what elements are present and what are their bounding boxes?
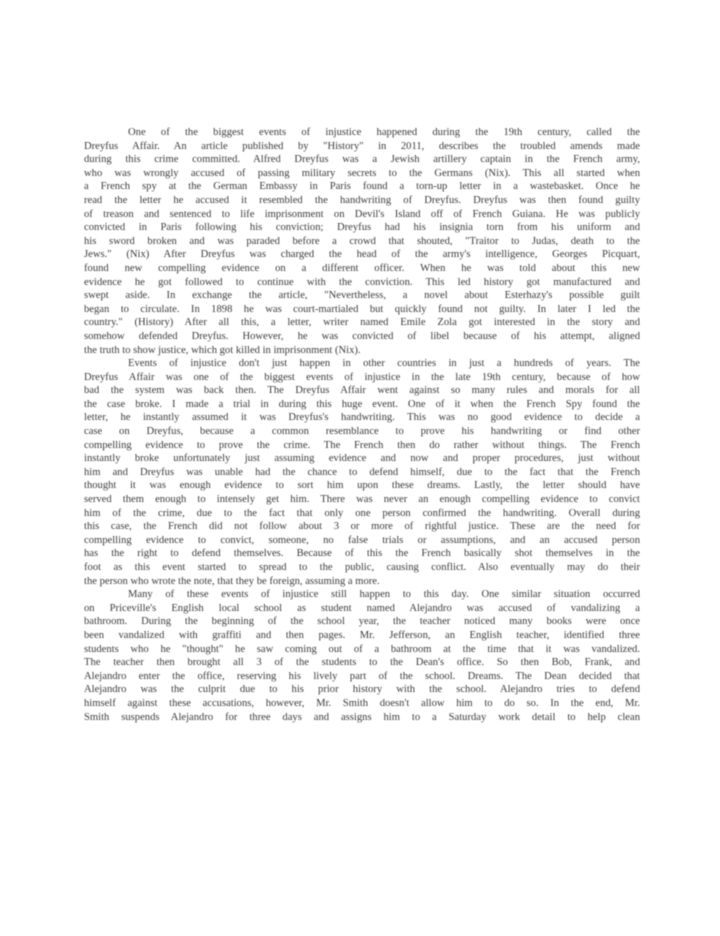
text-line: compelling evidence to convict, someone,…: [84, 534, 640, 548]
text-line: evidence he got followed to continue wit…: [84, 276, 640, 290]
text-line: country." (History) After all this, a le…: [84, 316, 640, 330]
text-line: Jews." (Nix) After Dreyfus was charged t…: [84, 248, 640, 262]
text-line: during this crime committed. Alfred Drey…: [84, 153, 640, 167]
text-line: bathroom. During the beginning of the sc…: [84, 615, 640, 629]
text-line: somehow defended Dreyfus. However, he wa…: [84, 330, 640, 344]
text-line: bad the system was back then. The Dreyfu…: [84, 384, 640, 398]
text-line: his sword broken and was paraded before …: [84, 235, 640, 249]
text-line: thought it was enough evidence to sort h…: [84, 479, 640, 493]
text-line: swept aside. In exchange the article, "N…: [84, 289, 640, 303]
text-line: Alejandro enter the office, reserving hi…: [84, 670, 640, 684]
text-line: been vandalized with graffiti and then p…: [84, 629, 640, 643]
text-line: compelling evidence to prove the crime. …: [84, 439, 640, 453]
text-line: a French spy at the German Embassy in Pa…: [84, 180, 640, 194]
text-line: One of the biggest events of injustice h…: [84, 126, 640, 140]
text-line: this case, the French did not follow abo…: [84, 520, 640, 534]
paragraph-2: Events of injustice don't just happen in…: [84, 357, 640, 588]
text-line: Dreyfus Affair. An article published by …: [84, 140, 640, 154]
text-line: convicted in Paris following his convict…: [84, 221, 640, 235]
text-line: himself against these accusations, howev…: [84, 697, 640, 711]
text-line: Dreyfus Affair was one of the biggest ev…: [84, 371, 640, 385]
text-line: has the right to defend themselves. Beca…: [84, 547, 640, 561]
text-line: him of the crime, due to the fact that o…: [84, 507, 640, 521]
text-line: the person who wrote the note, that they…: [84, 575, 640, 589]
text-line: on Priceville's English local school as …: [84, 602, 640, 616]
paragraph-1: One of the biggest events of injustice h…: [84, 126, 640, 357]
paragraph-3: Many of these events of injustice still …: [84, 588, 640, 724]
text-line: read the letter he accused it resembled …: [84, 194, 640, 208]
text-line: who was wrongly accused of passing milit…: [84, 167, 640, 181]
text-line: of treason and sentenced to life impriso…: [84, 208, 640, 222]
text-line: served them enough to intensely get him.…: [84, 493, 640, 507]
text-line: Events of injustice don't just happen in…: [84, 357, 640, 371]
text-line: the truth to show justice, which got kil…: [84, 344, 640, 358]
text-line: case on Dreyfus, because a common resemb…: [84, 425, 640, 439]
text-line: the case broke. I made a trial in during…: [84, 398, 640, 412]
text-line: him and Dreyfus was unable had the chanc…: [84, 466, 640, 480]
text-line: instantly broke unfortunately just assum…: [84, 452, 640, 466]
text-line: Alejandro was the culprit due to his pri…: [84, 683, 640, 697]
text-line: began to circulate. In 1898 he was court…: [84, 303, 640, 317]
text-line: Many of these events of injustice still …: [84, 588, 640, 602]
text-line: The teacher then brought all 3 of the st…: [84, 656, 640, 670]
text-line: foot as this event started to spread to …: [84, 561, 640, 575]
text-line: Smith suspends Alejandro for three days …: [84, 711, 640, 725]
text-line: students who he "thought" he saw coming …: [84, 643, 640, 657]
text-line: letter, he instantly assumed it was Drey…: [84, 411, 640, 425]
text-line: found new compelling evidence on a diffe…: [84, 262, 640, 276]
document-page: One of the biggest events of injustice h…: [84, 126, 640, 724]
